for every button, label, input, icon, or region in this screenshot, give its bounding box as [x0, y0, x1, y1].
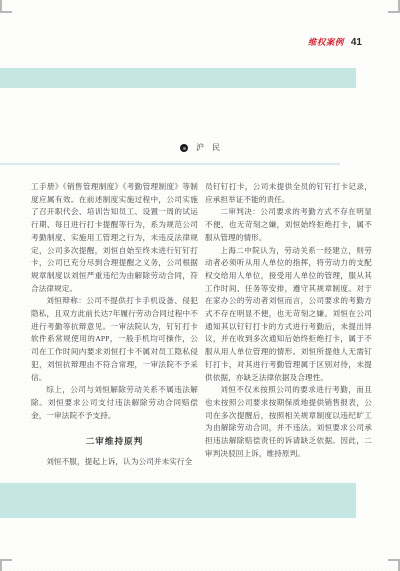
crop-mark-top-right: [388, 0, 400, 12]
case-badge-row: 沪 民: [0, 144, 400, 152]
article-body: 工手册》《销售管理制度》《考勤管理制度》等制度应属有效。在前述制度实施过程中，公…: [31, 181, 372, 469]
body-paragraph: 上海二中院认为，劳动关系一经建立，则劳动者必须听从用人单位的指挥，将劳动力的支配…: [205, 245, 372, 385]
body-paragraph: 综上，公司与刘恒解除劳动关系不属违法解除。刘恒要求公司支付违法解除劳动合同赔偿金…: [31, 384, 198, 422]
body-paragraph: 刘恒辩称：公司不提供打卡手机设备、侵犯隐私，且双方此前长达7年履行劳动合同过程中…: [31, 295, 198, 384]
crop-mark-bottom-right: [388, 559, 400, 571]
header-rule: [0, 163, 340, 165]
crop-mark-bottom-left: [0, 559, 12, 571]
top-accent-bar: [0, 68, 356, 88]
page-header: 维权案例 41: [308, 36, 362, 48]
body-paragraph: 刘恒不服，提起上诉，认为公司并未实行全: [31, 456, 198, 469]
seal-icon: [180, 144, 188, 152]
body-paragraph: 员钉钉打卡，公司未提供全员的钉钉打卡记录，应承担举证不能的责任。: [205, 181, 372, 206]
article-left-column: 工手册》《销售管理制度》《考勤管理制度》等制度应属有效。在前述制度实施过程中，公…: [31, 181, 198, 469]
body-paragraph: 工手册》《销售管理制度》《考勤管理制度》等制度应属有效。在前述制度实施过程中，公…: [31, 181, 198, 295]
body-paragraph: 二审判决：公司要求的考勤方式不存在明显不便，也无苛刻之嫌，刘恒始终拒绝打卡，属不…: [205, 206, 372, 244]
scanned-page: 维权案例 41 沪 民 工手册》《销售管理制度》《考勤管理制度》等制度应属有效。…: [0, 0, 400, 571]
crop-mark-top-left: [0, 0, 12, 12]
bottom-accent-bar: [0, 483, 356, 518]
page-number: 41: [351, 37, 362, 48]
body-paragraph: 刘恒不仅未按照公司的要求进行考勤，而且也未按照公司要求按期保质地提供销售报表，公…: [205, 384, 372, 460]
badge-char-hu: 沪: [196, 144, 204, 152]
article-right-column: 员钉钉打卡，公司未提供全员的钉钉打卡记录，应承担举证不能的责任。二审判决：公司要…: [205, 181, 372, 469]
badge-char-min: 民: [212, 144, 220, 152]
section-label: 维权案例: [308, 36, 344, 48]
section-heading: 二审维持原判: [31, 435, 198, 447]
